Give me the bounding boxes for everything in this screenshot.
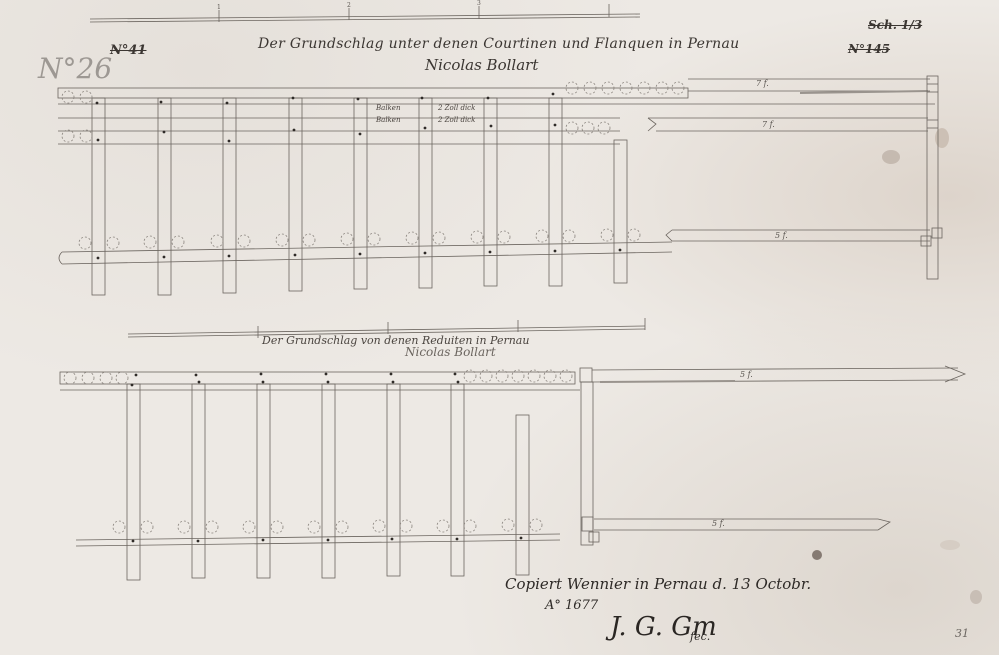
copy-note: Copiert Wennier in Pernau d. 13 Octobr. bbox=[505, 575, 811, 593]
struck-number-top-right: N°145 bbox=[848, 42, 890, 56]
manuscript-sheet: 1 2 3 N°26 N°41 Sch. 1/3 N°145 Der Grund… bbox=[0, 0, 999, 655]
dimension-label: 5 f. bbox=[712, 519, 725, 528]
struck-number: N°41 bbox=[110, 43, 146, 58]
dimension-label: 5 f. bbox=[775, 231, 788, 240]
scale-tick-label: 3 bbox=[477, 0, 481, 7]
lower-plan-author: Nicolas Bollart bbox=[405, 345, 496, 359]
dimension-label: 7 f. bbox=[756, 79, 769, 88]
struck-note-top-right: Sch. 1/3 bbox=[868, 18, 922, 32]
upper-plan-author: Nicolas Bollart bbox=[425, 56, 538, 74]
cell-label: 2 Zoll dick bbox=[438, 116, 475, 124]
page-number: 31 bbox=[955, 627, 969, 640]
foundation-drawing bbox=[0, 0, 999, 655]
copy-year: A° 1677 bbox=[545, 598, 598, 613]
upper-plan-title: Der Grundschlag unter denen Courtinen un… bbox=[258, 36, 739, 52]
cell-label: Balken bbox=[376, 104, 400, 112]
cell-label: 2 Zoll dick bbox=[438, 104, 475, 112]
signature-suffix: fec. bbox=[690, 630, 710, 643]
dimension-label: 5 f. bbox=[740, 370, 753, 379]
dimension-label: 7 f. bbox=[762, 120, 775, 129]
scale-tick-label: 2 bbox=[347, 2, 351, 9]
scale-tick-label: 1 bbox=[217, 4, 221, 11]
cell-label: Balken bbox=[376, 116, 400, 124]
archive-number: N°26 bbox=[38, 52, 112, 85]
